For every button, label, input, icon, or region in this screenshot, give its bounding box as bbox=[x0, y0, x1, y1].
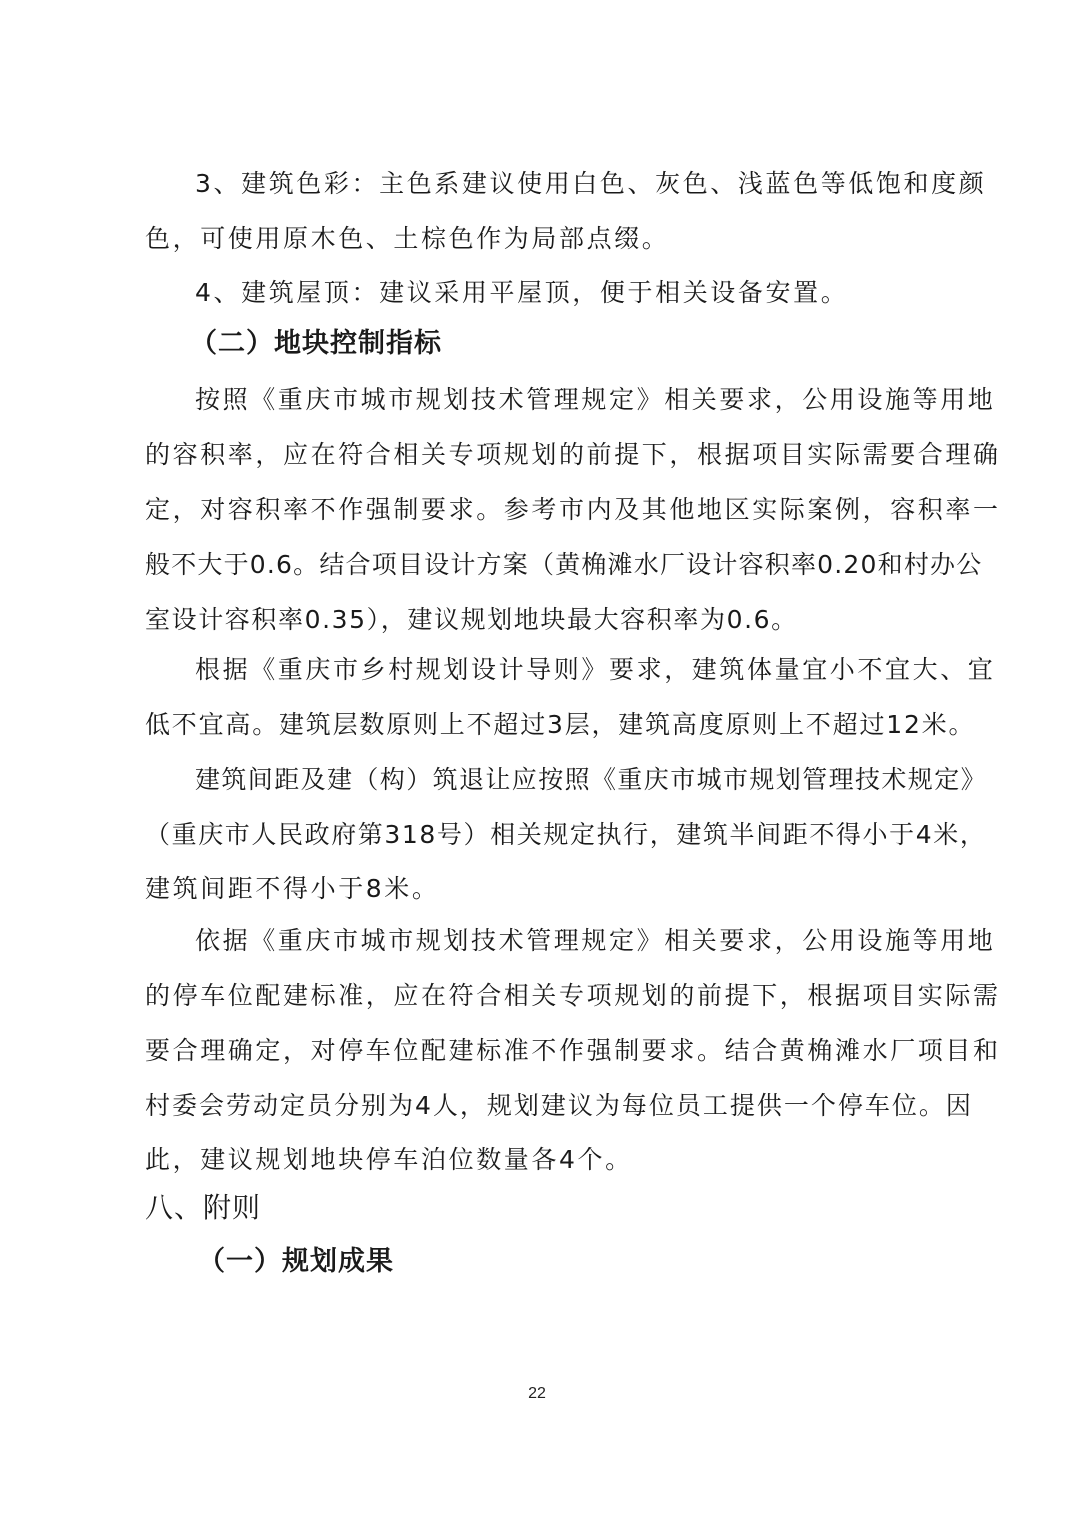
paragraph-line: 定，对容积率不作强制要求。参考市内及其他地区实际案例，容积率一 bbox=[145, 494, 940, 526]
page-number: 22 bbox=[0, 1385, 1074, 1403]
section-heading: （一）规划成果 bbox=[198, 1246, 993, 1278]
paragraph-line: （重庆市人民政府第318号）相关规定执行，建筑半间距不得小于4米， bbox=[145, 819, 940, 851]
paragraph-line: 依据《重庆市城市规划技术管理规定》相关要求，公用设施等用地 bbox=[195, 925, 990, 957]
paragraph-line: 的停车位配建标准，应在符合相关专项规划的前提下，根据项目实际需 bbox=[145, 980, 940, 1012]
paragraph-line: 按照《重庆市城市规划技术管理规定》相关要求，公用设施等用地 bbox=[195, 384, 990, 416]
paragraph-line: 低不宜高。建筑层数原则上不超过3层，建筑高度原则上不超过12米。 bbox=[145, 709, 940, 741]
paragraph-line: 村委会劳动定员分别为4人，规划建议为每位员工提供一个停车位。因 bbox=[145, 1090, 940, 1122]
paragraph-line: 要合理确定，对停车位配建标准不作强制要求。结合黄桷滩水厂项目和 bbox=[145, 1035, 940, 1067]
paragraph-line: 此，建议规划地块停车泊位数量各4个。 bbox=[145, 1144, 940, 1176]
section-heading: （二）地块控制指标 bbox=[190, 328, 985, 360]
paragraph-line: 的容积率，应在符合相关专项规划的前提下，根据项目实际需要合理确 bbox=[145, 439, 940, 471]
paragraph-line: 室设计容积率0.35），建议规划地块最大容积率为0.6。 bbox=[145, 604, 940, 636]
paragraph-line: 建筑间距及建（构）筑退让应按照《重庆市城市规划管理技术规定》 bbox=[195, 764, 990, 796]
paragraph-line: 3、建筑色彩：主色系建议使用白色、灰色、浅蓝色等低饱和度颜 bbox=[195, 168, 990, 200]
paragraph-line: 4、建筑屋顶：建议采用平屋顶，便于相关设备安置。 bbox=[195, 277, 990, 309]
paragraph-line: 建筑间距不得小于8米。 bbox=[145, 873, 940, 905]
paragraph-line: 根据《重庆市乡村规划设计导则》要求，建筑体量宜小不宜大、宜 bbox=[195, 654, 990, 686]
document-page: 3、建筑色彩：主色系建议使用白色、灰色、浅蓝色等低饱和度颜 色，可使用原木色、土… bbox=[0, 0, 1074, 1520]
paragraph-line: 般不大于0.6。结合项目设计方案（黄桷滩水厂设计容积率0.20和村办公 bbox=[145, 549, 940, 581]
paragraph-line: 色，可使用原木色、土棕色作为局部点缀。 bbox=[145, 223, 940, 255]
chapter-heading: 八、附则 bbox=[145, 1192, 940, 1224]
